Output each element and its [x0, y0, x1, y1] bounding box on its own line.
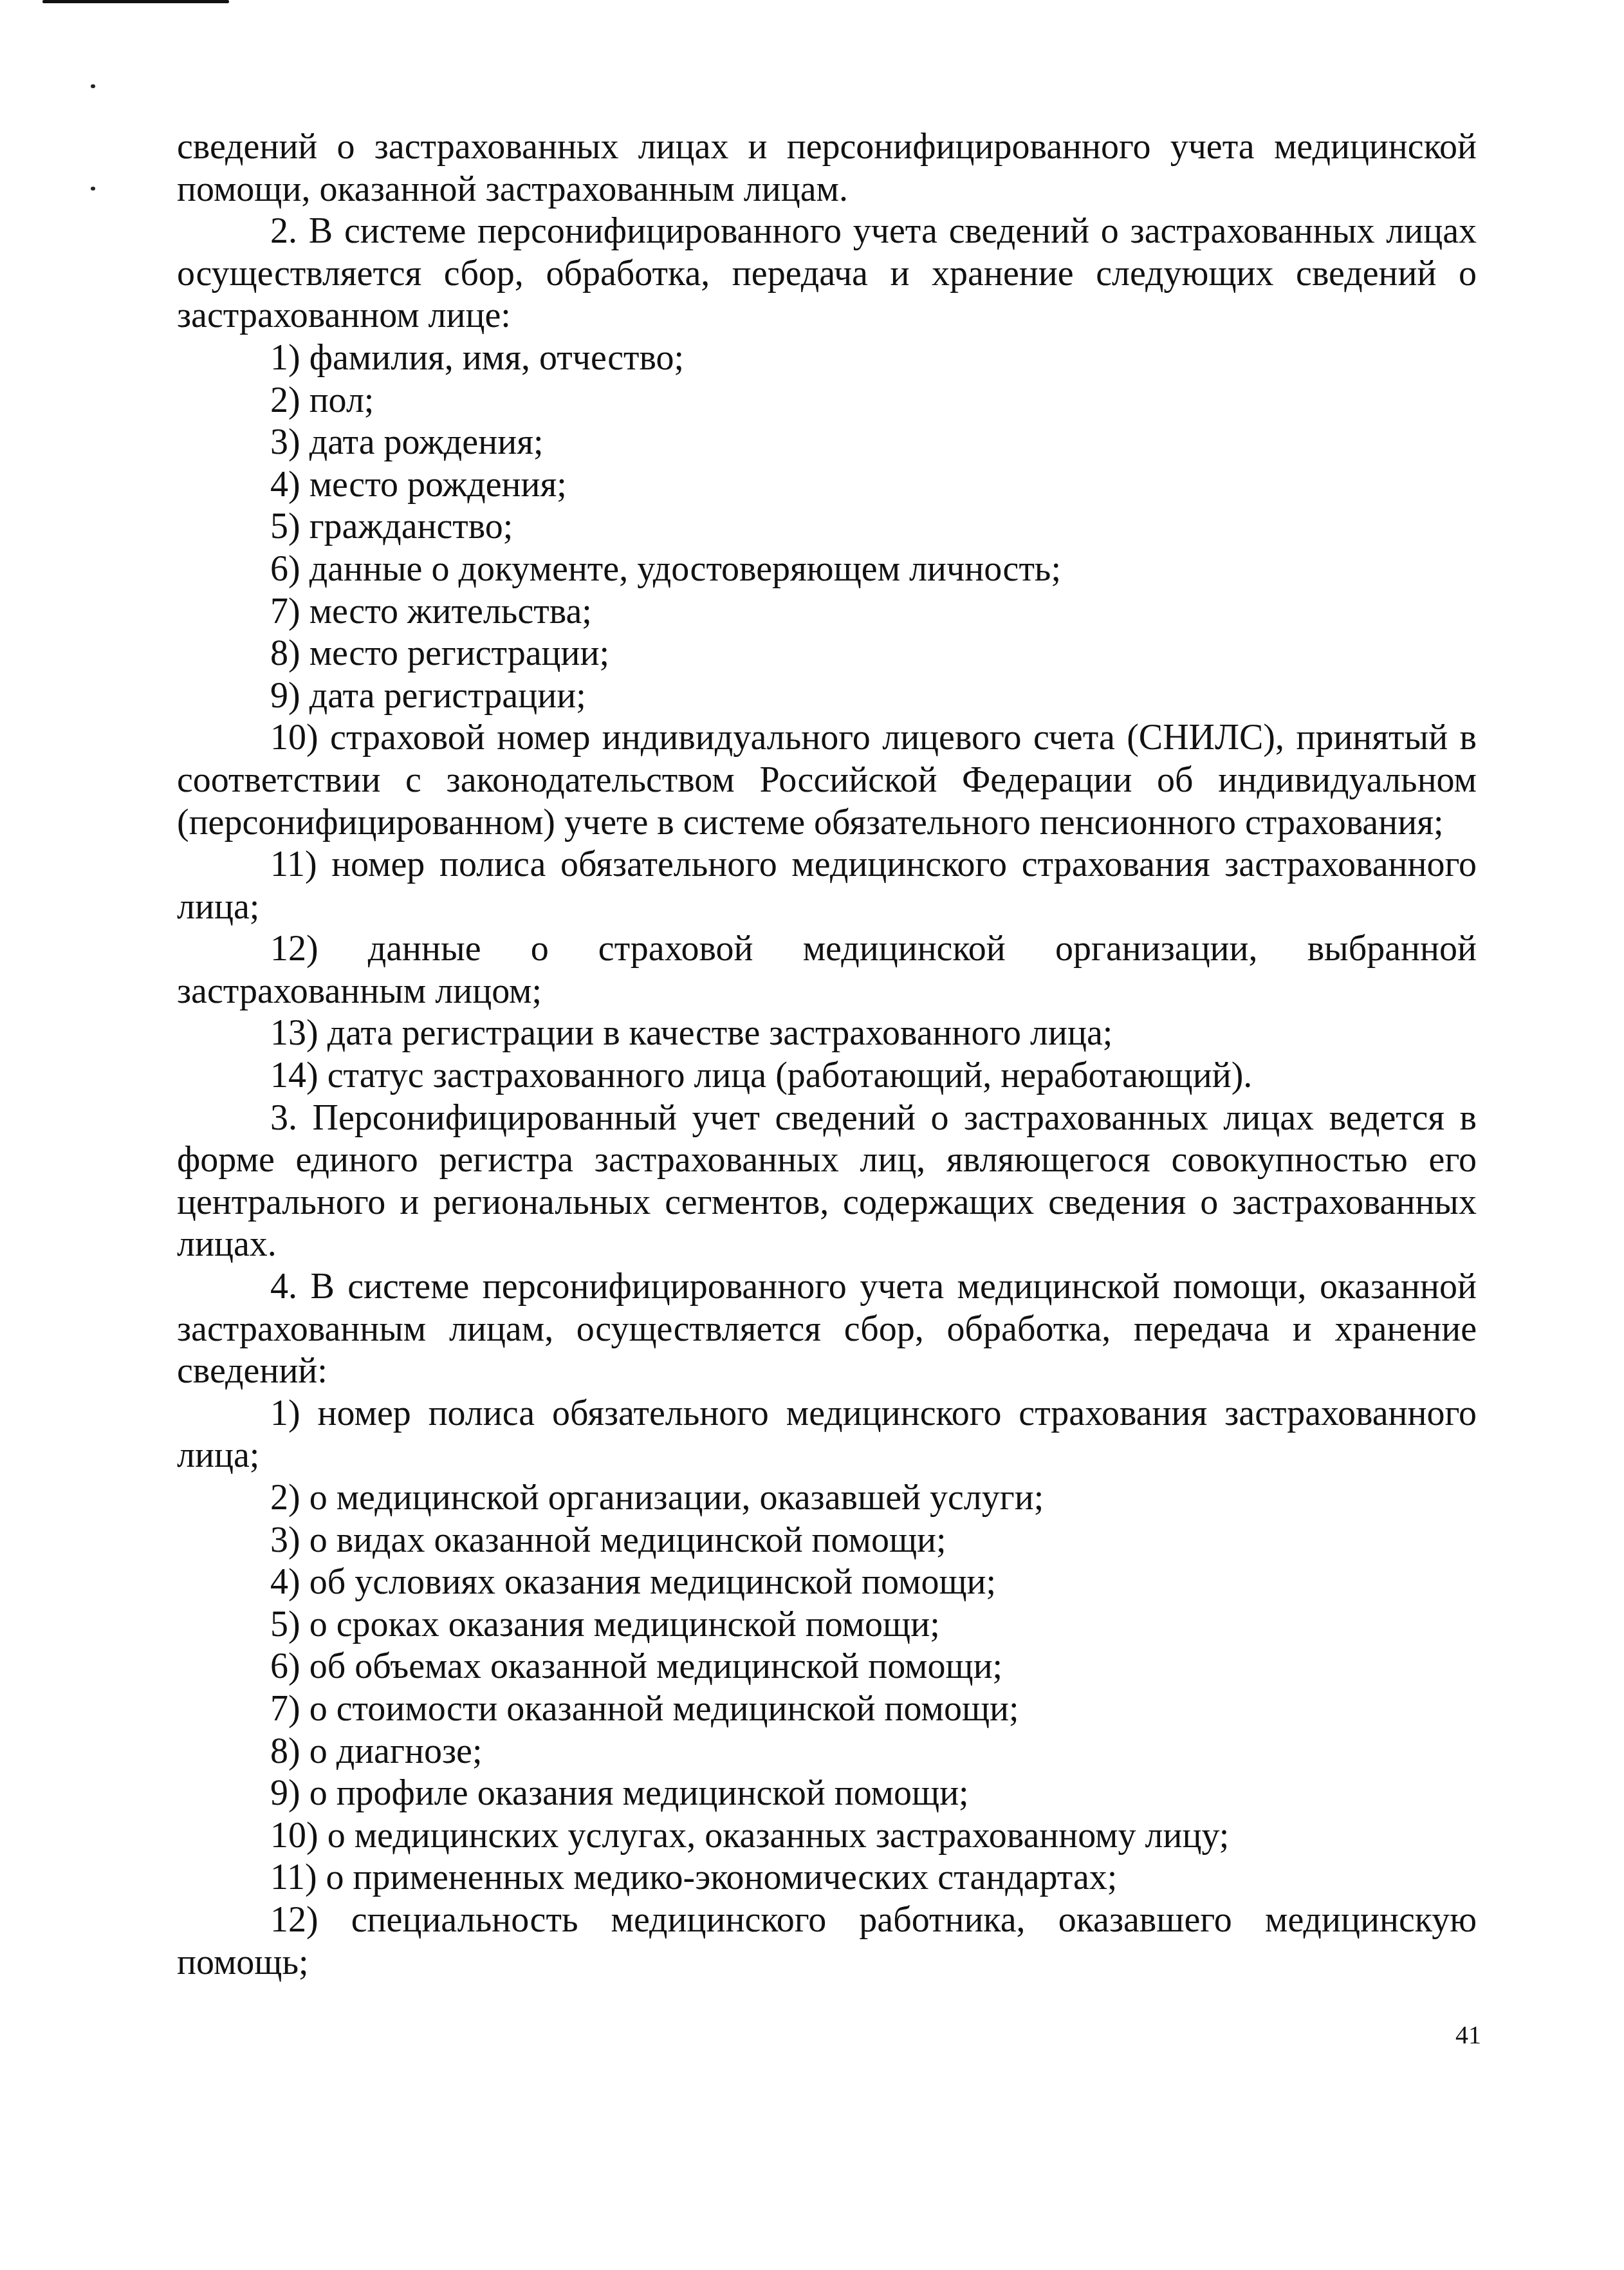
- section-2-intro: 2. В системе персонифицированного учета …: [177, 210, 1477, 337]
- list-item: 12) специальность медицинского работника…: [177, 1899, 1477, 1984]
- list-item: 7) место жительства;: [177, 591, 1477, 633]
- list-item: 4) место рождения;: [177, 464, 1477, 507]
- list-item: 11) номер полиса обязательного медицинск…: [177, 844, 1477, 928]
- document-body: сведений о застрахованных лицах и персон…: [177, 126, 1477, 1984]
- list-item: 6) об объемах оказанной медицинской помо…: [177, 1646, 1477, 1688]
- list-item: 8) о диагнозе;: [177, 1731, 1477, 1773]
- continuation-paragraph: сведений о застрахованных лицах и персон…: [177, 126, 1477, 210]
- list-item: 14) статус застрахованного лица (работаю…: [177, 1055, 1477, 1097]
- scan-edge-mark: [42, 0, 229, 3]
- list-item: 9) дата регистрации;: [177, 675, 1477, 718]
- list-item: 13) дата регистрации в качестве застрахо…: [177, 1012, 1477, 1055]
- list-item: 5) гражданство;: [177, 506, 1477, 548]
- list-item: 4) об условиях оказания медицинской помо…: [177, 1561, 1477, 1604]
- list-item: 1) фамилия, имя, отчество;: [177, 337, 1477, 380]
- list-item: 12) данные о страховой медицинской орган…: [177, 928, 1477, 1012]
- list-item: 5) о сроках оказания медицинской помощи;: [177, 1604, 1477, 1646]
- list-item: 9) о профиле оказания медицинской помощи…: [177, 1772, 1477, 1815]
- list-item: 7) о стоимости оказанной медицинской пом…: [177, 1688, 1477, 1731]
- scan-speck: [91, 187, 95, 191]
- list-item: 2) пол;: [177, 380, 1477, 422]
- list-item: 8) место регистрации;: [177, 633, 1477, 675]
- section-3-paragraph: 3. Персонифицированный учет сведений о з…: [177, 1097, 1477, 1266]
- list-item: 11) о примененных медико-экономических с…: [177, 1857, 1477, 1899]
- scan-speck: [91, 84, 95, 88]
- list-item: 3) дата рождения;: [177, 422, 1477, 464]
- list-item: 2) о медицинской организации, оказавшей …: [177, 1477, 1477, 1520]
- list-item: 10) о медицинских услугах, оказанных зас…: [177, 1815, 1477, 1857]
- list-item: 10) страховой номер индивидуального лице…: [177, 717, 1477, 844]
- page-number: 41: [1455, 2020, 1481, 2050]
- list-item: 1) номер полиса обязательного медицинско…: [177, 1393, 1477, 1477]
- section-4-intro: 4. В системе персонифицированного учета …: [177, 1266, 1477, 1393]
- list-item: 3) о видах оказанной медицинской помощи;: [177, 1520, 1477, 1562]
- list-item: 6) данные о документе, удостоверяющем ли…: [177, 548, 1477, 591]
